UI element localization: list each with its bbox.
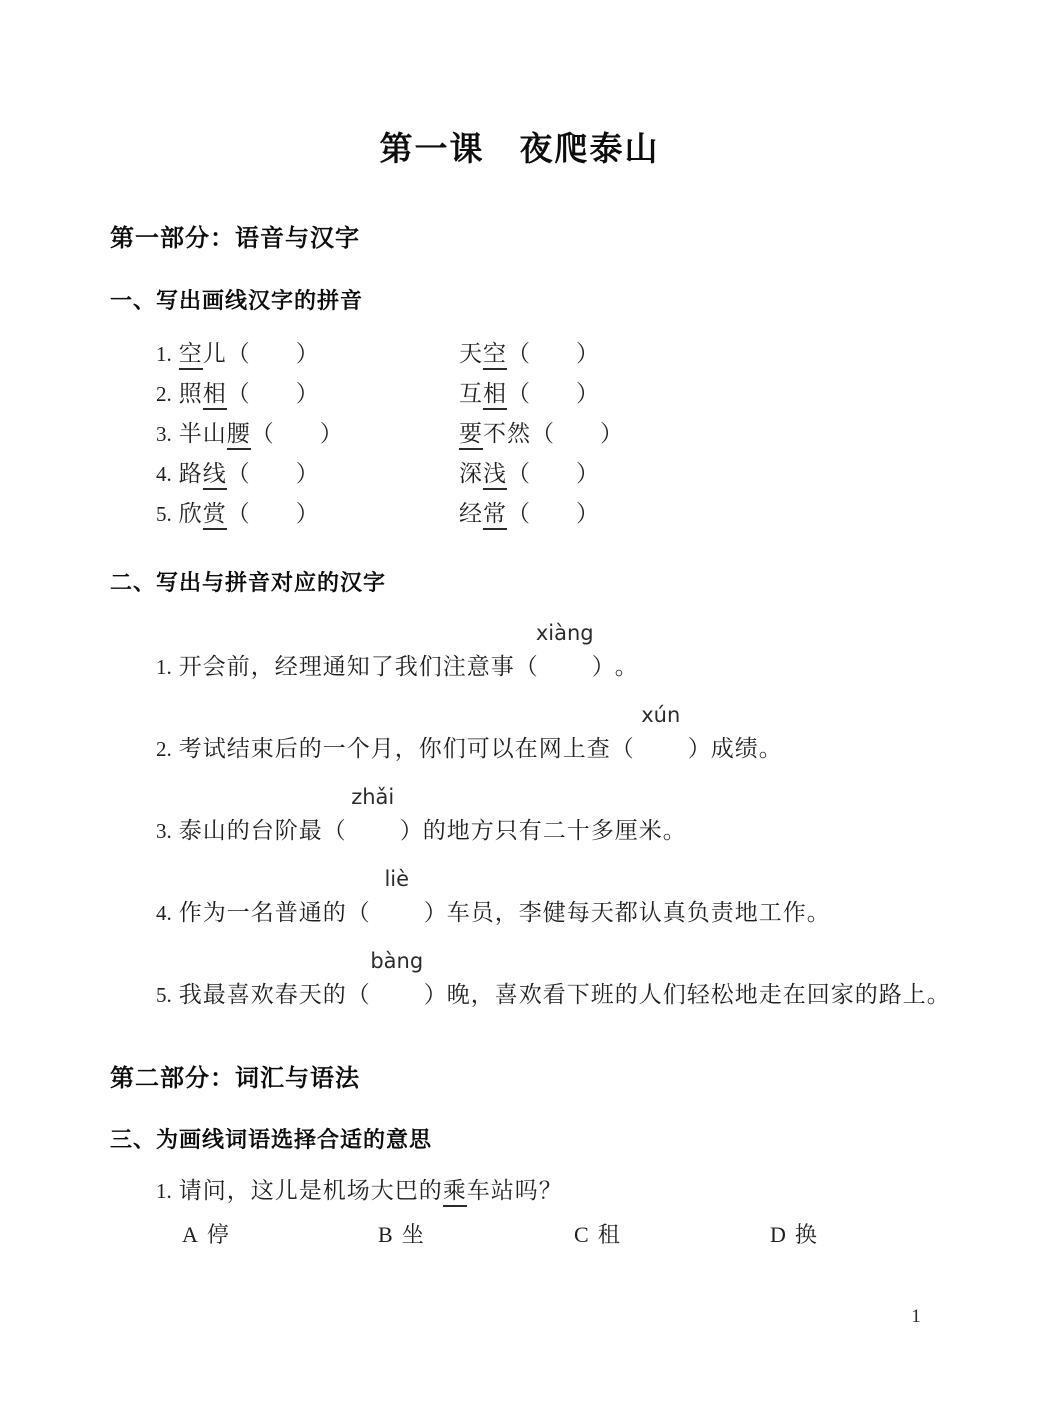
- exercise2-list: 1.开会前，经理通知了我们注意事xiàng（）。 2.考试结束后的一个月，你们可…: [156, 620, 1006, 1030]
- blank-gap: [346, 837, 400, 838]
- paren-close: ）: [576, 341, 599, 366]
- item-number: 1.: [156, 342, 172, 366]
- answer-blank: （）: [251, 421, 343, 446]
- word-post: 不然: [483, 421, 531, 446]
- option-d: D换: [770, 1220, 966, 1250]
- word-post: 儿: [203, 341, 227, 366]
- part1-heading: 第一部分：语音与汉字: [110, 225, 360, 253]
- paren-open: （: [347, 982, 370, 1007]
- option-label: B: [378, 1222, 393, 1247]
- paren-open: （: [227, 381, 250, 406]
- worksheet-page: 第一课 夜爬泰山 第一部分：语音与汉字 一、写出画线汉字的拼音 1.空儿（） 天…: [0, 0, 1039, 1401]
- sentence-post: 的地方只有二十多厘米。: [423, 818, 687, 843]
- sentence-post: 车站吗？: [467, 1178, 563, 1203]
- option-label: C: [574, 1222, 589, 1247]
- sentence-pre: 泰山的台阶最: [179, 818, 323, 843]
- pinyin-row: 4.路线（） 深浅（）: [156, 458, 956, 498]
- item-number: 3.: [156, 819, 172, 843]
- sentence-pre: 我最喜欢春天的: [179, 982, 347, 1007]
- pinyin-annotation: zhǎi: [351, 784, 394, 810]
- paren-open: （: [507, 501, 530, 526]
- item-number: 4.: [156, 462, 172, 486]
- paren-open: （: [531, 421, 554, 446]
- word: 路线: [179, 461, 227, 490]
- paren-close: ）: [576, 461, 599, 486]
- option-text: 换: [795, 1222, 817, 1247]
- exercise1-heading: 一、写出画线汉字的拼音: [110, 288, 363, 314]
- word-underlined-char: 相: [483, 381, 507, 410]
- blank-gap: [538, 673, 592, 674]
- paren-close: ）: [296, 341, 319, 366]
- word: 照相: [179, 381, 227, 410]
- pinyin-row: 3.半山腰（） 要不然（）: [156, 418, 956, 458]
- sentence-post: 成绩。: [711, 736, 783, 761]
- word-pre: 互: [459, 381, 483, 406]
- answer-blank: （）: [227, 341, 319, 366]
- pinyin-row: 2.照相（） 互相（）: [156, 378, 956, 418]
- paren-open: （: [611, 736, 634, 761]
- answer-blank: xún（）: [611, 732, 711, 766]
- pinyin-annotation: xiàng: [536, 620, 594, 646]
- word-underlined-char: 乘: [443, 1178, 467, 1207]
- word: 互相: [459, 381, 507, 410]
- sentence-post: 。: [615, 654, 639, 679]
- sentence-post: 晚，喜欢看下班的人们轻松地走在回家的路上。: [447, 982, 951, 1007]
- pinyin-row-right: 深浅（）: [459, 458, 956, 498]
- option-text: 停: [207, 1222, 229, 1247]
- word-pre: 欣: [179, 501, 203, 526]
- answer-blank: （）: [227, 501, 319, 526]
- answer-blank: （）: [507, 381, 599, 406]
- paren-close: ）: [576, 381, 599, 406]
- paren-open: （: [507, 381, 530, 406]
- paren-open: （: [507, 341, 530, 366]
- blank-gap: [554, 440, 600, 441]
- pinyin-row-left: 3.半山腰（）: [156, 418, 459, 458]
- blank-gap: [530, 520, 576, 521]
- page-number: 1: [905, 1306, 927, 1328]
- option-text: 坐: [402, 1222, 424, 1247]
- pinyin-row: 1.空儿（） 天空（）: [156, 338, 956, 378]
- item-number: 1.: [156, 1179, 172, 1203]
- part2-heading: 第二部分：词汇与语法: [110, 1065, 360, 1093]
- paren-close: ）: [296, 381, 319, 406]
- paren-open: （: [227, 341, 250, 366]
- word-underlined-char: 相: [203, 381, 227, 410]
- word-underlined-char: 空: [179, 341, 203, 370]
- item-number: 1.: [156, 655, 172, 679]
- word: 经常: [459, 501, 507, 530]
- option-c: C租: [574, 1220, 770, 1250]
- answer-blank: （）: [531, 421, 623, 446]
- blank-gap: [530, 400, 576, 401]
- fill-blank-item: 3.泰山的台阶最zhǎi（）的地方只有二十多厘米。: [156, 784, 1006, 851]
- word: 空儿: [179, 341, 227, 370]
- option-text: 租: [598, 1222, 620, 1247]
- pinyin-row-left: 2.照相（）: [156, 378, 459, 418]
- blank-gap: [530, 480, 576, 481]
- sentence-pre: 请问，这儿是机场大巴的: [179, 1178, 443, 1203]
- blank-gap: [250, 360, 296, 361]
- answer-blank: xiàng（）: [515, 650, 615, 684]
- pinyin-row-right: 天空（）: [459, 338, 956, 378]
- paren-open: （: [323, 818, 346, 843]
- blank-gap: [250, 520, 296, 521]
- pinyin-row-right: 要不然（）: [459, 418, 956, 458]
- paren-open: （: [251, 421, 274, 446]
- option-label: D: [770, 1222, 786, 1247]
- choice-question-sentence: 1.请问，这儿是机场大巴的乘车站吗？: [156, 1174, 563, 1211]
- word-underlined-char: 常: [483, 501, 507, 530]
- paren-open: （: [515, 654, 538, 679]
- pinyin-annotation: bàng: [370, 948, 423, 974]
- pinyin-row-right: 经常（）: [459, 498, 956, 538]
- paren-close: ）: [600, 421, 623, 446]
- paren-open: （: [507, 461, 530, 486]
- word: 欣赏: [179, 501, 227, 530]
- fill-blank-item: 4.作为一名普通的liè（）车员，李健每天都认真负责地工作。: [156, 866, 1006, 933]
- blank-gap: [274, 440, 320, 441]
- option-b: B坐: [378, 1220, 574, 1250]
- paren-close: ）: [576, 501, 599, 526]
- answer-blank: bàng（）: [347, 978, 447, 1012]
- word-underlined-char: 空: [483, 341, 507, 370]
- answer-blank: （）: [227, 461, 319, 486]
- item-number: 4.: [156, 901, 172, 925]
- item-number: 5.: [156, 983, 172, 1007]
- paren-open: （: [227, 501, 250, 526]
- word-pre: 路: [179, 461, 203, 486]
- item-number: 3.: [156, 422, 172, 446]
- word-underlined-char: 腰: [227, 421, 251, 450]
- word-pre: 经: [459, 501, 483, 526]
- fill-blank-item: 2.考试结束后的一个月，你们可以在网上查xún（）成绩。: [156, 702, 1006, 769]
- paren-close: ）: [320, 421, 343, 446]
- blank-gap: [530, 360, 576, 361]
- sentence-pre: 开会前，经理通知了我们注意事: [179, 654, 515, 679]
- exercise3-heading: 三、为画线词语选择合适的意思: [110, 1127, 432, 1153]
- answer-blank: （）: [507, 341, 599, 366]
- item-number: 5.: [156, 502, 172, 526]
- choice-options-row: A停 B坐 C租 D换: [182, 1220, 966, 1250]
- fill-blank-item: 5.我最喜欢春天的bàng（）晚，喜欢看下班的人们轻松地走在回家的路上。: [156, 948, 1006, 1015]
- word: 要不然: [459, 421, 531, 450]
- blank-gap: [250, 480, 296, 481]
- word: 天空: [459, 341, 507, 370]
- answer-blank: （）: [227, 381, 319, 406]
- paren-close: ）: [424, 900, 447, 925]
- word-pre: 照: [179, 381, 203, 406]
- item-number: 2.: [156, 737, 172, 761]
- pinyin-annotation: xún: [641, 702, 680, 728]
- sentence-post: 车员，李健每天都认真负责地工作。: [447, 900, 831, 925]
- pinyin-row-left: 4.路线（）: [156, 458, 459, 498]
- blank-gap: [634, 755, 688, 756]
- paren-close: ）: [424, 982, 447, 1007]
- blank-gap: [370, 919, 424, 920]
- page-title: 第一课 夜爬泰山: [0, 130, 1039, 168]
- paren-open: （: [347, 900, 370, 925]
- word-underlined-char: 浅: [483, 461, 507, 490]
- exercise1-list: 1.空儿（） 天空（） 2.照相（） 互相（） 3.半山腰（） 要不然（） 4.…: [156, 338, 956, 538]
- word-underlined-char: 要: [459, 421, 483, 450]
- paren-open: （: [227, 461, 250, 486]
- pinyin-row-left: 5.欣赏（）: [156, 498, 459, 538]
- word-pre: 半山: [179, 421, 227, 446]
- answer-blank: zhǎi（）: [323, 814, 423, 848]
- paren-close: ）: [592, 654, 615, 679]
- paren-close: ）: [688, 736, 711, 761]
- word-underlined-char: 赏: [203, 501, 227, 530]
- fill-blank-item: 1.开会前，经理通知了我们注意事xiàng（）。: [156, 620, 1006, 687]
- paren-close: ）: [296, 501, 319, 526]
- option-a: A停: [182, 1220, 378, 1250]
- pinyin-row-left: 1.空儿（）: [156, 338, 459, 378]
- exercise2-heading: 二、写出与拼音对应的汉字: [110, 570, 386, 596]
- sentence-pre: 作为一名普通的: [179, 900, 347, 925]
- word: 半山腰: [179, 421, 251, 450]
- pinyin-row: 5.欣赏（） 经常（）: [156, 498, 956, 538]
- answer-blank: liè（）: [347, 896, 447, 930]
- paren-close: ）: [296, 461, 319, 486]
- pinyin-row-right: 互相（）: [459, 378, 956, 418]
- paren-close: ）: [400, 818, 423, 843]
- word-underlined-char: 线: [203, 461, 227, 490]
- item-number: 2.: [156, 382, 172, 406]
- answer-blank: （）: [507, 461, 599, 486]
- word-pre: 深: [459, 461, 483, 486]
- word: 深浅: [459, 461, 507, 490]
- option-label: A: [182, 1222, 198, 1247]
- answer-blank: （）: [507, 501, 599, 526]
- blank-gap: [250, 400, 296, 401]
- pinyin-annotation: liè: [384, 866, 409, 892]
- word-pre: 天: [459, 341, 483, 366]
- sentence-pre: 考试结束后的一个月，你们可以在网上查: [179, 736, 611, 761]
- blank-gap: [370, 1001, 424, 1002]
